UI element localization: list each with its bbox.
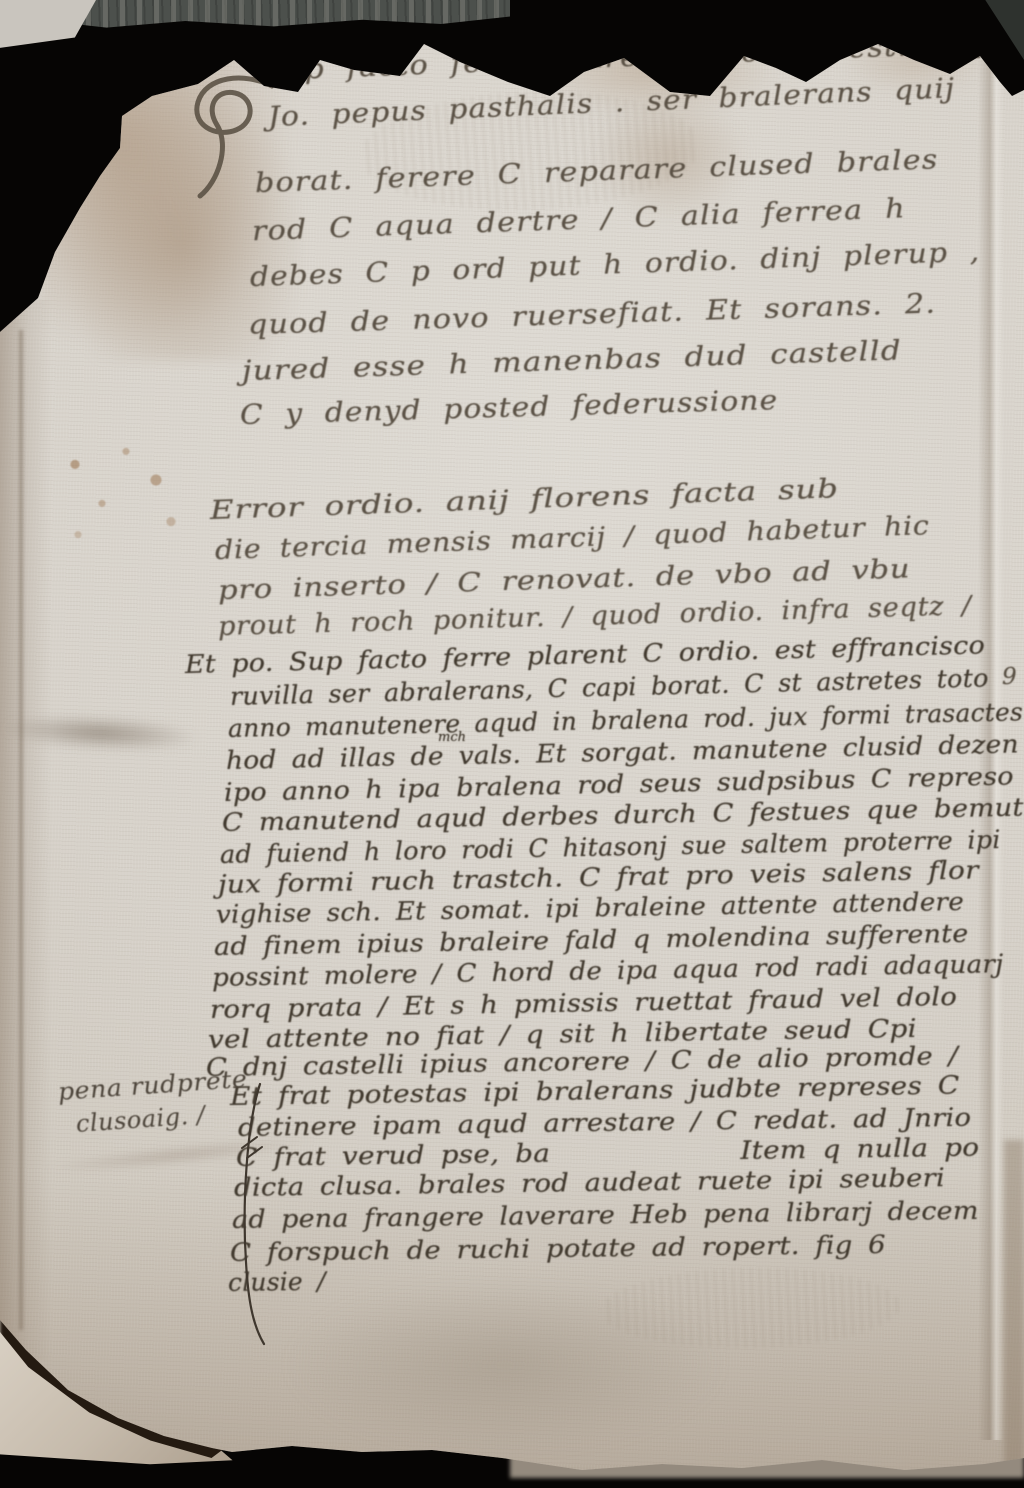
manuscript-line: ad finem ipius braleire fald q molendina… <box>214 919 969 961</box>
manuscript-line: ipo anno h ipa bralena rod seus sudpsibu… <box>224 761 1014 807</box>
manuscript-line: debes C p ord put h ordio. dinj plerup , <box>249 237 980 293</box>
manuscript-line: Sup facto ferre plarent C ordio est. / q <box>261 28 984 87</box>
manuscript-line: C frat verud pse, ba Item q nulla po <box>236 1133 980 1172</box>
horizontal-crease <box>0 711 201 755</box>
top-left-paper-fragment <box>0 0 96 52</box>
manuscript-line: rorq prata / Et s h pmissis ruettat frau… <box>210 982 958 1024</box>
manuscript-line: hod ad illas de vals. Et sorgat. manuten… <box>226 729 1019 775</box>
tear-stain <box>40 50 300 360</box>
manuscript-line: pro inserto / C renovat. de vbo ad vbu <box>218 554 911 606</box>
manuscript-line: Error ordio. anij florens facta sub <box>209 474 839 526</box>
manuscript-line: prout h roch ponitur. / quod ordio. infr… <box>218 591 973 642</box>
margin-note-line: clusoaig. / <box>75 1101 206 1138</box>
manuscript-line: dicta clusa. brales rod audeat ruete ipi… <box>234 1163 945 1202</box>
manuscript-line: Et po. Sup facto ferre plarent C ordio. … <box>185 630 986 679</box>
margin-bracket <box>238 1082 272 1350</box>
manuscript-line: jux formi ruch trastch. C frat pro veis … <box>218 855 979 899</box>
manuscript-line: ad fuiend h loro rodi C hitasonj sue sal… <box>220 825 1001 869</box>
manuscript-line: Et frat potestas ipi bralerans judbte re… <box>230 1071 960 1111</box>
manuscript-line: clusie / <box>228 1267 326 1297</box>
manuscript-line: possint molere / C hord de ipa aqua rod … <box>212 949 1004 992</box>
manuscript-line: ruvilla ser abralerans, C capi borat. C … <box>230 663 989 711</box>
manuscript-line: C dnj castelli ipius ancorere / C de ali… <box>206 1041 958 1082</box>
ink-bleedthrough-bottom <box>599 1265 900 1350</box>
vertical-fold-crease <box>19 330 23 1330</box>
foxing-spots <box>48 428 198 558</box>
manuscript-line: vel attente no fiat / q sit h libertate … <box>208 1014 917 1054</box>
top-right-stain <box>840 26 990 96</box>
manuscript-line: jured esse h manenbas dud castelld <box>242 335 903 387</box>
right-edge-crease <box>978 60 1004 1440</box>
manuscript-line: die tercia mensis marcij / quod habetur … <box>214 511 930 566</box>
manuscript-page: Sup facto ferre plarent C ordio est. / q… <box>0 0 1024 1488</box>
right-margin-mark: 9 <box>1002 664 1017 690</box>
manuscript-line: C y denyd posted federussione <box>240 385 779 431</box>
manuscript-line: quod de novo ruersefiat. Et sorans. 2. <box>248 288 937 341</box>
flourished-initial <box>186 70 282 206</box>
manuscript-line: ad pena frangere laverare Heb pena libra… <box>232 1196 979 1234</box>
margin-note-line: pena rudprete <box>57 1065 248 1106</box>
lower-left-crease <box>40 1131 320 1178</box>
interlinear-superscript: mch <box>438 730 466 745</box>
manuscript-line: anno manutenere aqud in bralena rod. jux… <box>228 697 1024 743</box>
gutter-shading <box>0 300 52 1360</box>
manuscript-line: C manutend aqud derbes durch C festues q… <box>222 793 1024 837</box>
manuscript-line: C forspuch de ruchi potate ad ropert. fi… <box>230 1230 886 1267</box>
top-right-dark-corner <box>980 0 1024 60</box>
manuscript-line: detinere ipam aqud arrestare / C redat. … <box>238 1103 972 1142</box>
manuscript-photo: Sup facto ferre plarent C ordio est. / q… <box>0 0 1024 1488</box>
right-edge-shading <box>1004 1140 1024 1470</box>
ink-bleedthrough-top <box>358 86 702 216</box>
manuscript-line: vighise sch. Et somat. ipi braleine atte… <box>216 887 964 929</box>
